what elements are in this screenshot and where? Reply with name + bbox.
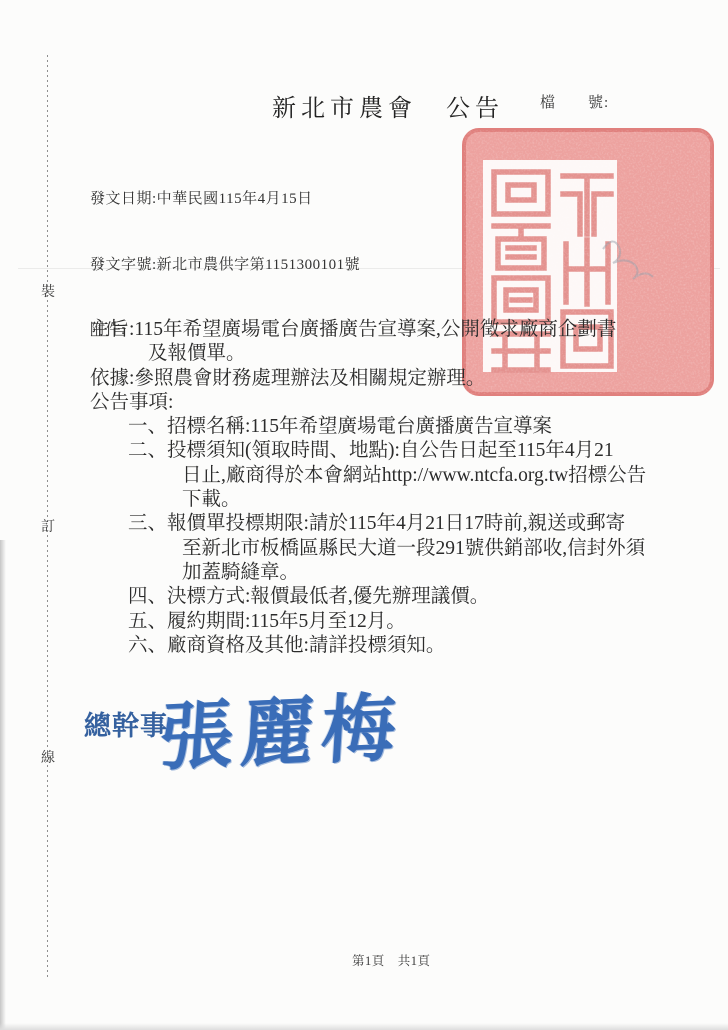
signer-name-handwritten: 張麗梅 bbox=[157, 669, 406, 786]
item-2-line: 下載。 bbox=[182, 488, 710, 512]
signature-block: 總幹事 張麗梅 bbox=[84, 690, 424, 800]
binding-mark-ding: 訂 bbox=[39, 516, 57, 536]
doc-number: 發文字號:新北市農供字第1151300101號 bbox=[90, 255, 360, 277]
item-3-line: 至新北市板橋區縣民大道一段291號供銷部收,信封外須 bbox=[182, 537, 710, 561]
item-2-line: 二、投標須知(領取時間、地點):自公告日起至115年4月21 bbox=[128, 439, 710, 463]
item-4-line: 四、決標方式:報價最低者,優先辦理議價。 bbox=[128, 585, 710, 609]
page-number: 第1頁 共1頁 bbox=[352, 951, 431, 969]
item-2-line: 日止,廠商得於本會網站http://www.ntcfa.org.tw招標公告 bbox=[182, 464, 710, 488]
item-6-line: 六、廠商資格及其他:請詳投標須知。 bbox=[128, 634, 710, 658]
page-title: 新北市農會 公告 bbox=[272, 88, 504, 123]
items-heading: 公告事項: bbox=[90, 391, 710, 415]
announcement-body: 主旨:115年希望廣場電台廣播廣告宣導案,公開徵求廠商企劃書 及報價單。 依據:… bbox=[90, 318, 710, 658]
subject-line: 主旨:115年希望廣場電台廣播廣告宣導案,公開徵求廠商企劃書 bbox=[90, 318, 710, 342]
scan-edge-left bbox=[0, 540, 6, 1030]
scan-edge-bottom bbox=[0, 1023, 728, 1030]
subject-line: 及報價單。 bbox=[148, 342, 710, 366]
binding-mark-xian: 線 bbox=[39, 747, 57, 767]
basis-line: 依據:參照農會財務處理辦法及相關規定辦理。 bbox=[90, 367, 710, 391]
item-3-line: 加蓋騎縫章。 bbox=[182, 561, 710, 585]
file-number-label: 檔 號: bbox=[540, 92, 609, 115]
item-3-line: 三、報價單投標期限:請於115年4月21日17時前,親送或郵寄 bbox=[128, 512, 710, 536]
issue-date: 發文日期:中華民國115年4月15日 bbox=[90, 189, 360, 211]
signer-title: 總幹事 bbox=[84, 704, 168, 743]
binding-mark-zhuang: 裝 bbox=[39, 281, 57, 301]
item-5-line: 五、履約期間:115年5月至12月。 bbox=[128, 610, 710, 634]
scanned-announcement-page: 裝 訂 線 檔 號: 保存年限: 新北市農會 公告 發文日期:中華民國115年4… bbox=[0, 0, 728, 1030]
item-1-line: 一、招標名稱:115年希望廣場電台廣播廣告宣導案 bbox=[128, 415, 710, 439]
